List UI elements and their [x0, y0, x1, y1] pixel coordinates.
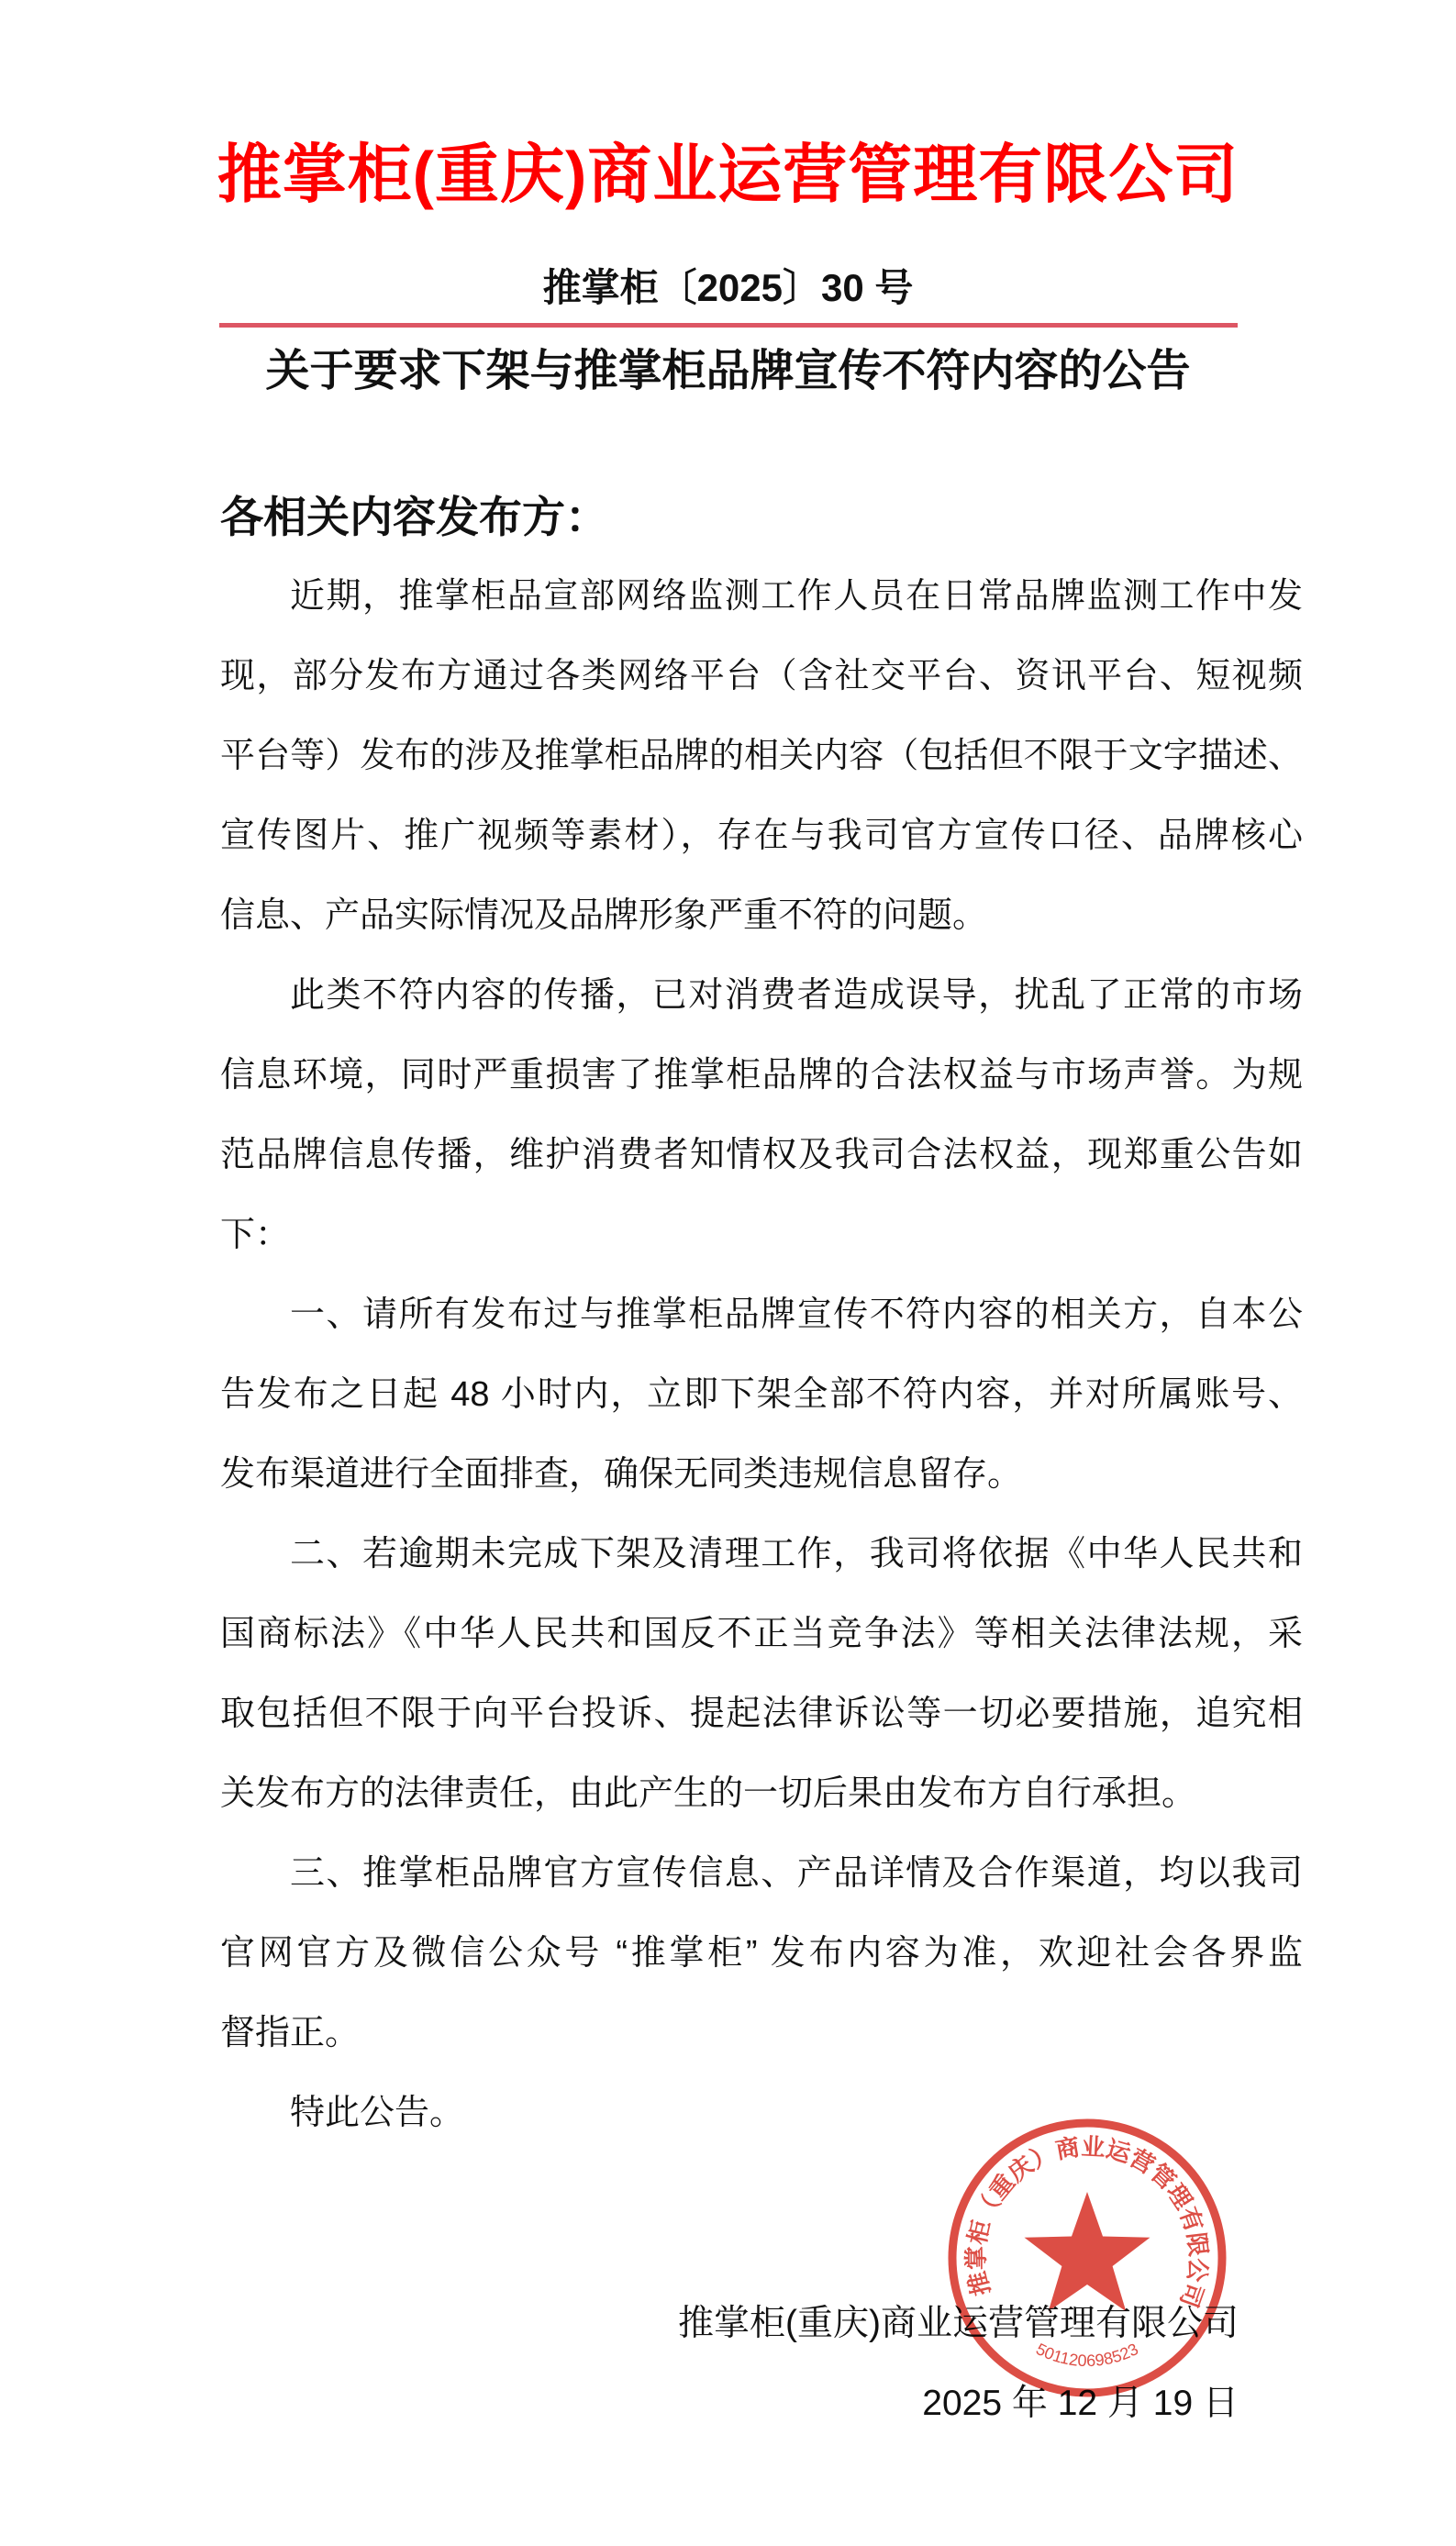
body-line: 告发布之日起 48 小时内，立即下架全部不符内容，并对所属账号、 [220, 1355, 1303, 1435]
document-number: 推掌柜〔2025〕30 号 [0, 269, 1456, 307]
body-line: 范品牌信息传播，维护消费者知情权及我司合法权益，现郑重公告如 [220, 1116, 1303, 1195]
body-line: 督指正。 [220, 1994, 1303, 2073]
body-line: 关发布方的法律责任，由此产生的一切后果由发布方自行承担。 [220, 1754, 1303, 1834]
document-header: 推掌柜(重庆)商业运营管理有限公司 推掌柜〔2025〕30 号 关于要求下架与推… [0, 0, 1456, 396]
salutation: 各相关内容发布方： [220, 477, 1303, 557]
body-line: 信息环境，同时严重损害了推掌柜品牌的合法权益与市场声誉。为规 [220, 1036, 1303, 1116]
body-line: 发布渠道进行全面排查，确保无同类违规信息留存。 [220, 1435, 1303, 1515]
body-line: 取包括但不限于向平台投诉、提起法律诉讼等一切必要措施，追究相 [220, 1674, 1303, 1754]
body-line: 三、推掌柜品牌官方宣传信息、产品详情及合作渠道，均以我司 [220, 1834, 1303, 1914]
body-line: 一、请所有发布过与推掌柜品牌宣传不符内容的相关方，自本公 [220, 1275, 1303, 1355]
body-line: 现，部分发布方通过各类网络平台（含社交平台、资讯平台、短视频 [220, 637, 1303, 717]
signature-company: 推掌柜(重庆)商业运营管理有限公司 [0, 2284, 1239, 2363]
body-line: 信息、产品实际情况及品牌形象严重不符的问题。 [220, 876, 1303, 956]
body-line: 下： [220, 1195, 1303, 1275]
body-line: 特此公告。 [220, 2073, 1303, 2153]
body-line: 官网官方及微信公众号 “推掌柜” 发布内容为准，欢迎社会各界监 [220, 1914, 1303, 1994]
body-line: 此类不符内容的传播，已对消费者造成误导，扰乱了正常的市场 [220, 956, 1303, 1036]
body-paragraphs: 近期，推掌柜品宣部网络监测工作人员在日常品牌监测工作中发现，部分发布方通过各类网… [220, 557, 1303, 2153]
signature-date: 2025 年 12 月 19 日 [0, 2363, 1239, 2443]
document-title: 关于要求下架与推掌柜品牌宣传不符内容的公告 [0, 346, 1456, 396]
body-line: 二、若逾期未完成下架及清理工作，我司将依据《中华人民共和 [220, 1515, 1303, 1595]
document-body: 各相关内容发布方： 近期，推掌柜品宣部网络监测工作人员在日常品牌监测工作中发现，… [0, 477, 1456, 2153]
body-line: 宣传图片、推广视频等素材），存在与我司官方宣传口径、品牌核心 [220, 796, 1303, 876]
body-line: 平台等）发布的涉及推掌柜品牌的相关内容（包括但不限于文字描述、 [220, 717, 1303, 796]
red-divider-line [219, 323, 1238, 328]
company-title: 推掌柜(重庆)商业运营管理有限公司 [0, 138, 1456, 212]
signature-block: 推掌柜(重庆)商业运营管理有限公司 2025 年 12 月 19 日 [0, 2284, 1456, 2443]
announcement-page: 推掌柜(重庆)商业运营管理有限公司 推掌柜〔2025〕30 号 关于要求下架与推… [0, 0, 1456, 2546]
body-line: 国商标法》《中华人民共和国反不正当竞争法》等相关法律法规，采 [220, 1595, 1303, 1674]
body-line: 近期，推掌柜品宣部网络监测工作人员在日常品牌监测工作中发 [220, 557, 1303, 637]
